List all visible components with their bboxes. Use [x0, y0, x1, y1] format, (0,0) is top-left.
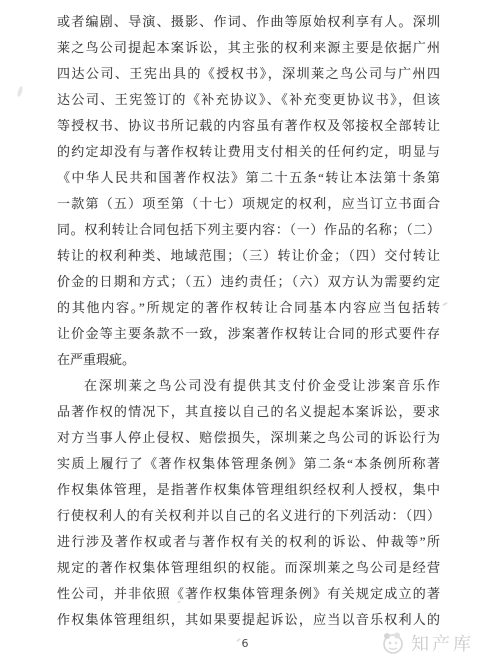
text-line: 莱之鸟公司提起本案诉讼，其主张的权利来源主要是依据广州	[57, 35, 440, 61]
text-line: 进行涉及著作权或者与著作权有关的权利的诉讼、仲裁等”所	[57, 529, 440, 555]
text-line: 的约定却没有与著作权转让费用支付相关的任何约定，明显与	[57, 139, 440, 165]
text-line: 行使权利人的有关权利并以自己的名义进行的下列活动：（四）	[57, 503, 440, 529]
text-line: 四达公司、王宪出具的《授权书》，深圳莱之鸟公司与广州四	[57, 61, 440, 87]
judgment-text: 或者编剧、导演、摄影、作词、作曲等原始权利享有人。深圳 莱之鸟公司提起本案诉讼，…	[57, 9, 440, 633]
zhichanku-logo-icon	[380, 631, 406, 655]
text-line: 一款第（五）项至第（十七）项规定的权利，应当订立书面合	[57, 191, 440, 217]
scan-artifact	[442, 302, 448, 307]
scan-artifact	[16, 86, 23, 98]
text-line: 价金的日期和方式；（五）违约责任；（六）双方认为需要约定	[57, 269, 440, 295]
text-line: 同。权利转让合同包括下列主要内容：（一）作品的名称；（二）	[57, 217, 440, 243]
text-line: 或者编剧、导演、摄影、作词、作曲等原始权利享有人。深圳	[57, 9, 440, 35]
text-line: 达公司、王宪签订的《补充协议》、《补充变更协议书》，但该	[57, 87, 440, 113]
text-line: 转让的权利种类、地域范围；（三）转让价金；（四）交付转让	[57, 243, 440, 269]
text-line: 的其他内容。”所规定的著作权转让合同基本内容应当包括转	[57, 295, 440, 321]
document-page: 或者编剧、导演、摄影、作词、作曲等原始权利享有人。深圳 莱之鸟公司提起本案诉讼，…	[0, 0, 490, 665]
text-line: 在深圳莱之鸟公司没有提供其支付价金受让涉案音乐作	[57, 373, 440, 399]
text-line: 让价金等主要条款不一致，涉案著作权转让合同的形式要件存	[57, 321, 440, 347]
text-line: 品著作权的情况下，其直接以自己的名义提起本案诉讼，要求	[57, 399, 440, 425]
text-line: 《中华人民共和国著作权法》第二十五条“转让本法第十条第	[57, 165, 440, 191]
zhichanku-watermark: 知产库	[380, 630, 474, 656]
text-line: 在严重瑕疵。	[57, 347, 440, 373]
text-line: 作权集体管理，是指著作权集体管理组织经权利人授权，集中	[57, 477, 440, 503]
watermark-text: 知产库	[411, 630, 474, 656]
text-line: 等授权书、协议书所记载的内容虽有著作权及邻接权全部转让	[57, 113, 440, 139]
text-line: 对方当事人停止侵权、赔偿损失，深圳莱之鸟公司的诉讼行为	[57, 425, 440, 451]
text-line: 实质上履行了《著作权集体管理条例》第二条“本条例所称著	[57, 451, 440, 477]
text-line: 规定的著作权集体管理组织的权能。而深圳莱之鸟公司是经营	[57, 555, 440, 581]
text-line: 性公司，并非依照《著作权集体管理条例》有关规定成立的著	[57, 581, 440, 607]
